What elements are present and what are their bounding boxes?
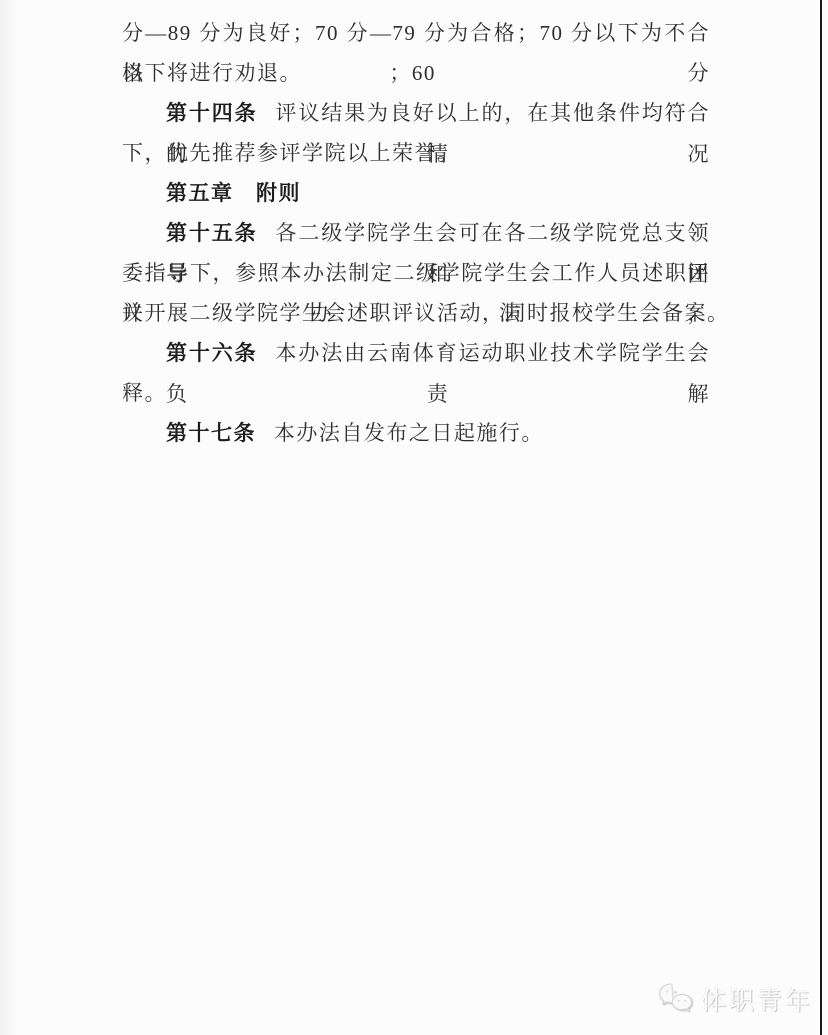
page-edge-shading	[0, 0, 18, 1035]
line-text: 本办法自发布之日起施行。	[274, 421, 544, 445]
document-line: 并开展二级学院学生会述职评议活动，同时报校学生会备案。	[122, 293, 710, 333]
document-line: 委指导下，参照本办法制定二级学院学生会工作人员述职评议办法，	[122, 253, 710, 293]
document-line: 第十六条本办法由云南体育运动职业技术学院学生会负责解	[122, 333, 710, 373]
watermark-label: 体职青年	[701, 981, 813, 1017]
line-text: 释。	[122, 381, 167, 405]
line-text: 并开展二级学院学生会述职评议活动，同时报校学生会备案。	[122, 301, 730, 325]
document-line: 第五章 附则	[122, 173, 710, 213]
wechat-icon	[657, 980, 694, 1017]
document-line: 第十四条评议结果为良好以上的，在其他条件均符合的情况	[122, 93, 710, 133]
watermark: 体职青年	[657, 980, 813, 1017]
document-line: 分—89 分为良好；70 分—79 分为合格；70 分以下为不合格；60 分	[122, 13, 710, 53]
article-number: 第十五条	[166, 222, 258, 245]
line-text: 下，优先推荐参评学院以上荣誉。	[122, 141, 460, 165]
article-number: 第十四条	[166, 102, 258, 125]
chapter-heading: 第五章 附则	[166, 182, 301, 205]
document-text-block: 分—89 分为良好；70 分—79 分为合格；70 分以下为不合格；60 分以下…	[122, 13, 710, 453]
document-line: 第十五条各二级学院学生会可在各二级学院党总支领导和团	[122, 213, 710, 253]
line-text: 以下将进行劝退。	[122, 61, 302, 85]
scan-edge-line	[820, 0, 822, 1035]
article-number: 第十六条	[166, 342, 258, 365]
article-number: 第十七条	[166, 422, 256, 445]
document-line: 第十七条本办法自发布之日起施行。	[122, 413, 710, 453]
